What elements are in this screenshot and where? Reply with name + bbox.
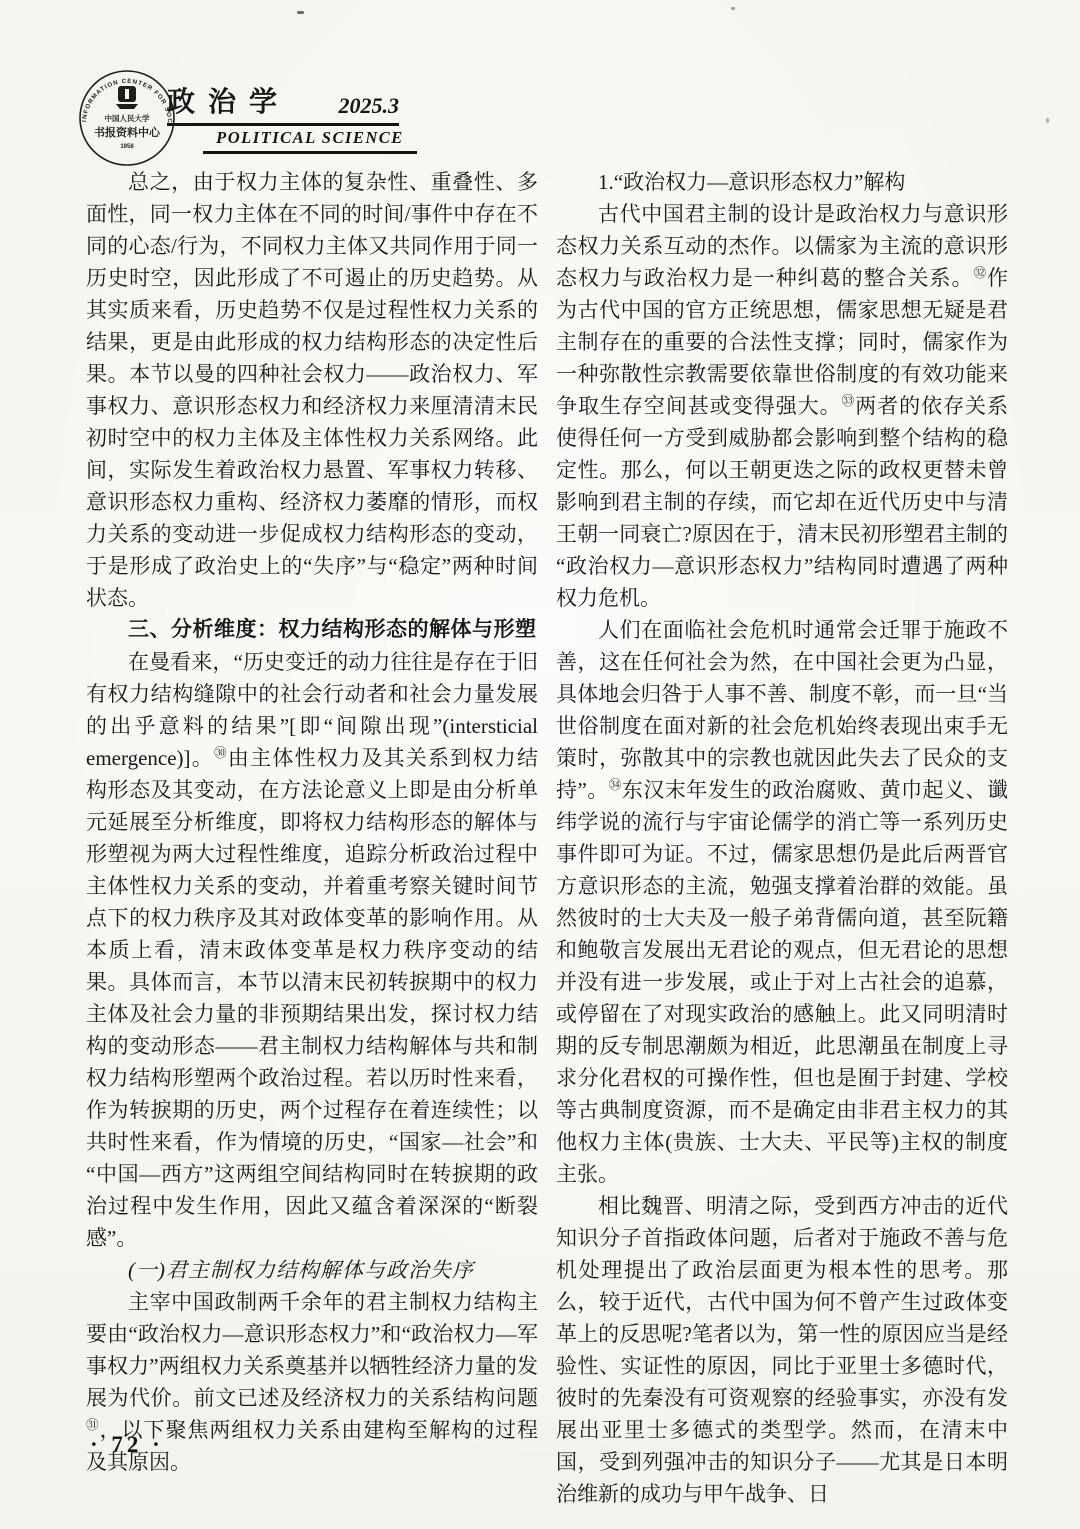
paragraph: 总之，由于权力主体的复杂性、重叠性、多面性，同一权力主体在不同的时间/事件中存在… [86, 166, 538, 614]
footnote-marker: ㉜ [973, 266, 987, 280]
journal-seal-logo: INFORMATION CENTER FOR SOCIAL SCIENCES 中… [74, 68, 180, 168]
paragraph: 人们在面临社会危机时通常会迁罪于施政不善，这在任何社会为然，在中国社会更为凸显，… [556, 614, 1008, 1190]
paragraph: 相比魏晋、明清之际，受到西方冲击的近代知识分子首指政体问题，后者对于施政不善与危… [556, 1190, 1008, 1510]
seal-university-name: 中国人民大学 [105, 113, 150, 123]
journal-issue: 2025.3 [339, 93, 400, 120]
footnote-marker: ㉛ [86, 1418, 100, 1432]
scan-speck [731, 7, 735, 10]
page: { "page": { "number": "· 72 ·" }, "heade… [0, 0, 1080, 1529]
masthead-row-en: POLITICAL SCIENCE [203, 126, 417, 154]
seal-center-name: 书报资料中心 [94, 125, 161, 139]
journal-title-en: POLITICAL SCIENCE [216, 128, 404, 147]
footnote-marker: ㉞ [609, 778, 622, 792]
journal-title-cn: 政治学 [167, 80, 290, 120]
footnote-marker: ㉚ [214, 746, 228, 760]
seal-founding-year: 1958 [120, 144, 134, 150]
left-text-column: 总之，由于权力主体的复杂性、重叠性、多面性，同一权力主体在不同的时间/事件中存在… [86, 166, 538, 1478]
section-heading: 1.“政治权力—意识形态权力”解构 [556, 166, 1008, 198]
page-number: · 72 · [90, 1432, 164, 1458]
scan-speck [1046, 118, 1049, 123]
journal-masthead: 政治学 2025.3 POLITICAL SCIENCE [167, 80, 399, 154]
scan-speck [297, 11, 304, 14]
footnote-marker: ㉝ [842, 394, 856, 408]
paragraph: 在曼看来，“历史变迁的动力往往是存在于旧有权力结构缝隙中的社会行动者和社会力量发… [86, 646, 538, 1254]
masthead-row-cn: 政治学 2025.3 [167, 80, 399, 126]
right-text-column: 1.“政治权力—意识形态权力”解构古代中国君主制的设计是政治权力与意识形态权力关… [556, 166, 1008, 1510]
section-heading: 三、分析维度：权力结构形态的解体与形塑 [86, 614, 538, 646]
paragraph: 古代中国君主制的设计是政治权力与意识形态权力关系互动的杰作。以儒家为主流的意识形… [556, 198, 1008, 614]
seal-emblem-icon [116, 86, 138, 109]
seal-svg: INFORMATION CENTER FOR SOCIAL SCIENCES 中… [74, 68, 180, 168]
scanned-page-background: INFORMATION CENTER FOR SOCIAL SCIENCES 中… [0, 0, 1080, 1529]
section-heading: (一)君主制权力结构解体与政治失序 [86, 1254, 538, 1286]
